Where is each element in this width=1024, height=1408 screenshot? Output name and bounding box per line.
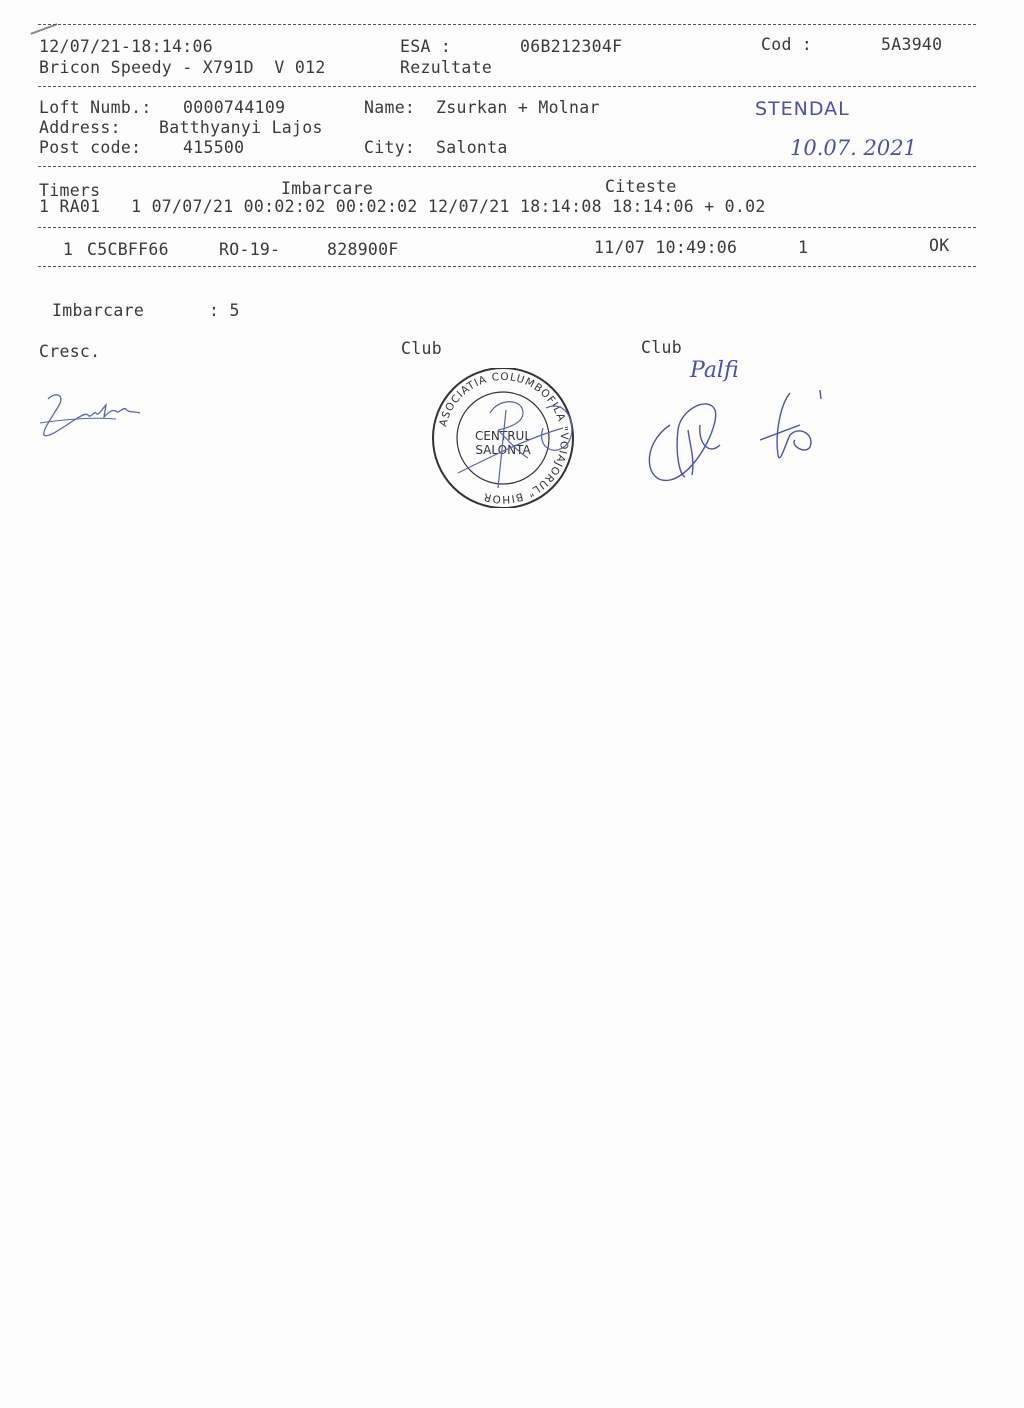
loft-number-value: 0000744109 [183, 98, 285, 118]
esa-label: ESA : [400, 37, 451, 57]
report-type: Rezultate [400, 58, 492, 78]
city-label: City: [364, 138, 415, 158]
divider [38, 166, 976, 167]
handwritten-race-location: STENDAL [755, 98, 850, 120]
imbarcare-column-label: Imbarcare [281, 179, 373, 199]
print-datetime: 12/07/21-18:14:06 [39, 37, 213, 57]
result-status: OK [929, 236, 949, 256]
device-name: Bricon Speedy - X791D V 012 [39, 58, 326, 78]
result-chip: C5CBFF66 [87, 240, 169, 260]
result-ring-prefix: RO-19- [219, 240, 280, 260]
club-signature-name: Palfi [690, 358, 739, 383]
club-stamp: ASOCIATIA COLUMBOFILA "VOIAJORUL" BIHOR … [428, 368, 578, 508]
cresc-label: Cresc. [39, 342, 100, 362]
result-ring-number: 828900F [327, 240, 399, 260]
breeder-signature [36, 385, 156, 445]
divider [38, 24, 976, 25]
name-label: Name: [364, 98, 415, 118]
esa-value: 06B212304F [520, 37, 622, 57]
club-signature [640, 385, 840, 495]
name-value: Zsurkan + Molnar [436, 98, 600, 118]
summary-imbarcare-label: Imbarcare [52, 301, 144, 321]
divider [38, 266, 976, 267]
result-index: 1 [63, 240, 73, 260]
address-label: Address: [39, 118, 121, 138]
club-label-1: Club [401, 339, 442, 359]
address-value: Batthyanyi Lajos [159, 118, 323, 138]
result-arrival: 11/07 10:49:06 [594, 238, 737, 258]
cod-label: Cod : [761, 35, 812, 55]
loft-number-label: Loft Numb.: [39, 98, 152, 118]
divider [38, 86, 976, 87]
handwritten-race-date: 10.07. 2021 [790, 136, 917, 160]
citeste-column-label: Citeste [605, 177, 677, 197]
postcode-label: Post code: [39, 138, 141, 158]
timer-row: 1 RA01 1 07/07/21 00:02:02 00:02:02 12/0… [39, 197, 766, 217]
summary-imbarcare-value: : 5 [209, 301, 240, 321]
club-label-2: Club [641, 338, 682, 358]
city-value: Salonta [436, 138, 508, 158]
divider [38, 227, 976, 228]
cod-value: 5A3940 [881, 35, 942, 55]
postcode-value: 415500 [183, 138, 244, 158]
result-position: 1 [798, 238, 808, 258]
